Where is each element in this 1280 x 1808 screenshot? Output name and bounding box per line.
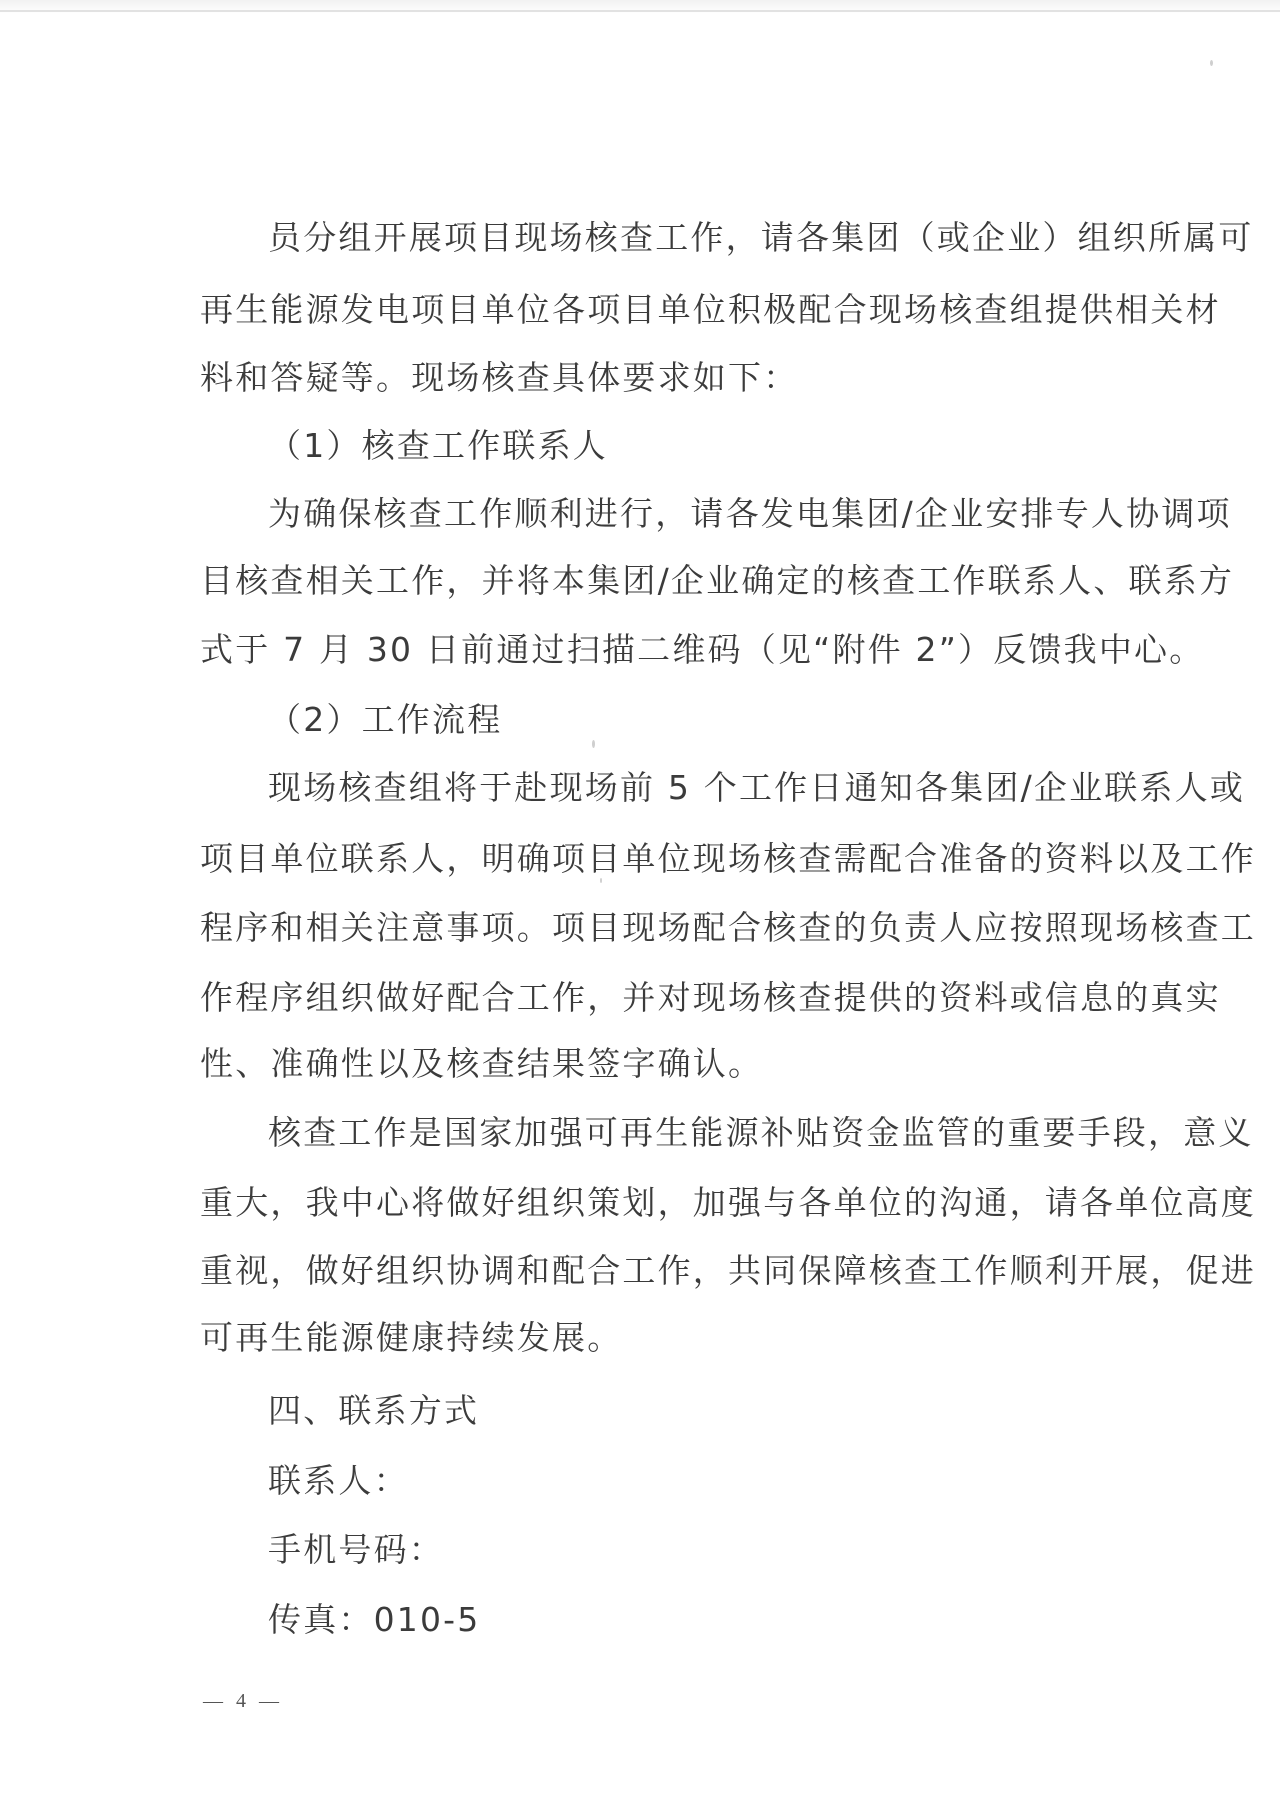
paragraph-line: 重大，我中心将做好组织策划，加强与各单位的沟通，请各单位高度 xyxy=(200,1183,1160,1223)
paragraph-line: 核查工作是国家加强可再生能源补贴资金监管的重要手段，意义 xyxy=(268,1113,1228,1153)
subheading-contact-person: （1）核查工作联系人 xyxy=(268,426,1228,466)
scan-speck xyxy=(592,740,595,748)
section-heading-contact: 四、联系方式 xyxy=(268,1391,1228,1431)
paragraph-line: 性、准确性以及核查结果签字确认。 xyxy=(200,1044,1160,1084)
paragraph-line: 为确保核查工作顺利进行，请各发电集团/企业安排专人协调项 xyxy=(268,494,1228,534)
subheading-workflow: （2）工作流程 xyxy=(268,700,1228,740)
mobile-number-label: 手机号码： xyxy=(268,1530,1228,1570)
fax-label: 传真：010-5 xyxy=(268,1600,1228,1640)
paragraph-line: 可再生能源健康持续发展。 xyxy=(200,1318,1160,1358)
scan-speck xyxy=(600,878,602,883)
paragraph-line: 员分组开展项目现场核查工作，请各集团（或企业）组织所属可 xyxy=(268,218,1228,258)
scan-speck xyxy=(1210,60,1213,66)
paragraph-line: 现场核查组将于赴现场前 5 个工作日通知各集团/企业联系人或 xyxy=(268,768,1228,808)
paragraph-line: 再生能源发电项目单位各项目单位积极配合现场核查组提供相关材 xyxy=(200,290,1160,330)
paragraph-line: 目核查相关工作，并将本集团/企业确定的核查工作联系人、联系方 xyxy=(200,561,1160,601)
paragraph-line: 料和答疑等。现场核查具体要求如下： xyxy=(200,358,1160,398)
paragraph-line: 项目单位联系人，明确项目单位现场核查需配合准备的资料以及工作 xyxy=(200,839,1160,879)
document-page: 员分组开展项目现场核查工作，请各集团（或企业）组织所属可 再生能源发电项目单位各… xyxy=(0,0,1280,1808)
paragraph-line: 程序和相关注意事项。项目现场配合核查的负责人应按照现场核查工 xyxy=(200,908,1160,948)
contact-person-label: 联系人： xyxy=(268,1461,1228,1501)
paragraph-line: 式于 7 月 30 日前通过扫描二维码（见“附件 2”）反馈我中心。 xyxy=(200,630,1160,670)
page-number: — 4 — xyxy=(203,1690,283,1713)
paragraph-line: 作程序组织做好配合工作，并对现场核查提供的资料或信息的真实 xyxy=(200,978,1160,1018)
paragraph-line: 重视，做好组织协调和配合工作，共同保障核查工作顺利开展，促进 xyxy=(200,1251,1160,1291)
